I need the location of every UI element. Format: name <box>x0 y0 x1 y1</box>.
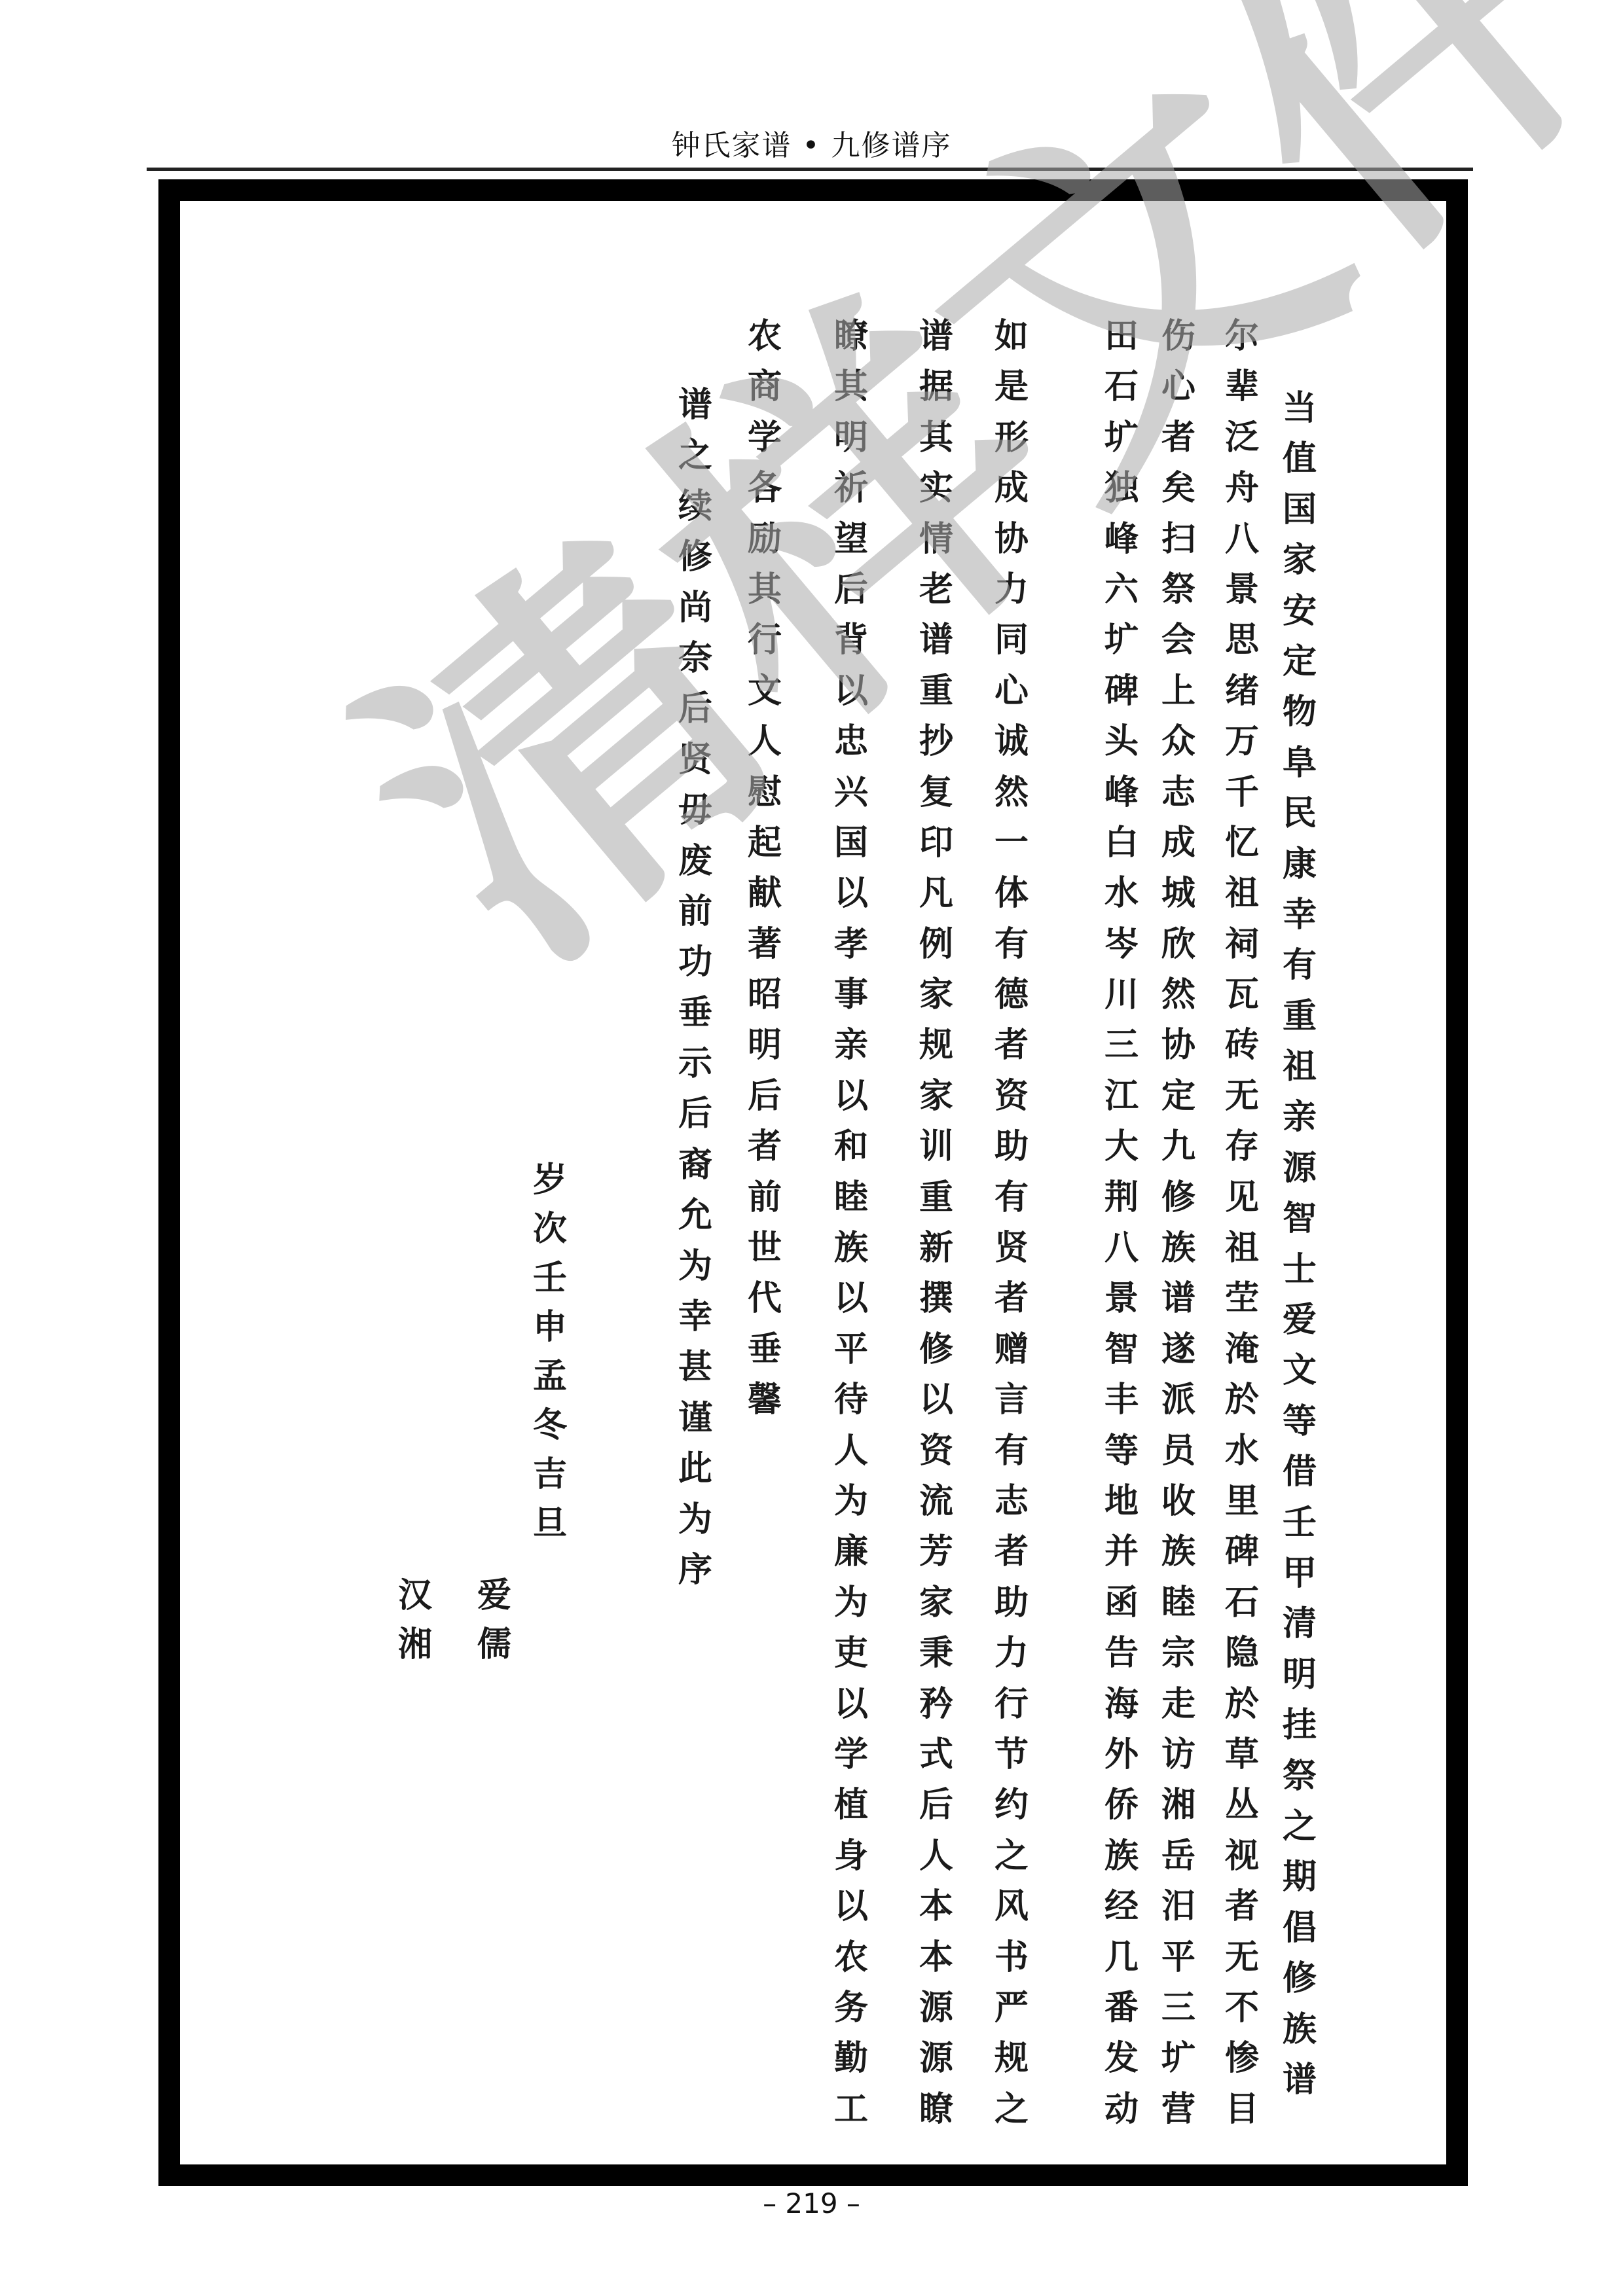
text-column-glyph: 函 <box>1102 1577 1141 1628</box>
text-column-glyph: 者 <box>1159 412 1198 463</box>
text-column-glyph: 文 <box>1280 1345 1319 1395</box>
text-column-glyph: 景 <box>1102 1273 1141 1323</box>
text-column-glyph: 地 <box>1102 1476 1141 1526</box>
text-column-glyph: 定 <box>1280 636 1319 687</box>
text-column-glyph: 舟 <box>1222 463 1262 513</box>
text-column-glyph: 垂 <box>676 988 715 1038</box>
text-column-glyph: 有 <box>1280 940 1319 990</box>
text-column-glyph: 续 <box>676 481 715 531</box>
text-column-glyph: 心 <box>992 666 1031 716</box>
text-column-glyph: 之 <box>992 1831 1031 1881</box>
text-column-glyph: 幸 <box>676 1291 715 1342</box>
text-column-6: 谱据其实情老谱重抄复印凡例家规家训重新撰修以资流芳家秉矜式后人本本源源瞭 <box>917 311 956 2134</box>
text-column-glyph: 资 <box>917 1426 956 1476</box>
text-column-glyph: 安 <box>1280 586 1319 636</box>
text-column-glyph: 尚 <box>676 583 715 633</box>
dateline-glyph: 次 <box>530 1204 570 1253</box>
text-column-glyph: 有 <box>992 1426 1031 1476</box>
text-column-glyph: 以 <box>831 666 871 716</box>
text-column-glyph: 人 <box>745 716 784 766</box>
text-column-glyph: 族 <box>1102 1831 1141 1881</box>
text-column-glyph: 望 <box>831 514 871 564</box>
text-column-glyph: 据 <box>917 361 956 412</box>
text-column-glyph: 会 <box>1159 615 1198 665</box>
text-column-glyph: 八 <box>1222 514 1262 564</box>
text-column-glyph: 祈 <box>831 463 871 513</box>
dateline-glyph: 旦 <box>530 1499 570 1548</box>
text-column-glyph: 谱 <box>1159 1273 1198 1323</box>
text-column-glyph: 形 <box>992 412 1031 463</box>
text-column-glyph: 重 <box>917 666 956 716</box>
text-column-glyph: 谱 <box>1280 2054 1319 2105</box>
text-column-glyph: 老 <box>917 564 956 615</box>
text-column-glyph: 此 <box>676 1443 715 1494</box>
text-column-glyph: 其 <box>917 412 956 463</box>
text-column-glyph: 动 <box>1102 2084 1141 2134</box>
text-column-glyph: 丰 <box>1102 1374 1141 1425</box>
text-column-glyph: 后 <box>676 1088 715 1139</box>
text-column-glyph: 等 <box>1102 1426 1141 1476</box>
text-column-glyph: 祖 <box>1280 1041 1319 1092</box>
text-column-glyph: 岑 <box>1102 919 1141 969</box>
text-column-glyph: 欣 <box>1159 919 1198 969</box>
text-column-glyph: 海 <box>1102 1679 1141 1729</box>
page-number: – 219 – <box>0 2187 1623 2219</box>
text-column-glyph: 情 <box>917 514 956 564</box>
text-column-glyph: 以 <box>831 1679 871 1729</box>
text-column-glyph: 存 <box>1222 1121 1262 1172</box>
text-column-glyph: 士 <box>1280 1244 1319 1295</box>
text-column-glyph: 有 <box>992 1172 1031 1223</box>
text-column-glyph: 者 <box>1222 1881 1262 1931</box>
text-column-glyph: 扫 <box>1159 514 1198 564</box>
text-column-glyph: 为 <box>676 1494 715 1545</box>
text-column-glyph: 收 <box>1159 1476 1198 1526</box>
text-column-glyph: 著 <box>745 919 784 969</box>
text-column-glyph: 印 <box>917 817 956 868</box>
text-column-glyph: 志 <box>1159 767 1198 817</box>
text-column-1: 当值国家安定物阜民康幸有重祖亲源智士爱文等借壬甲清明挂祭之期倡修族谱 <box>1280 383 1319 2105</box>
text-column-glyph: 无 <box>1222 1932 1262 1982</box>
text-column-9: 谱之续修尚奈后贤毋废前功垂示后裔允为幸甚谨此为序 <box>676 380 715 1595</box>
text-column-glyph: 然 <box>1159 969 1198 1020</box>
text-column-glyph: 访 <box>1159 1729 1198 1780</box>
text-column-glyph: 甚 <box>676 1342 715 1392</box>
text-column-glyph: 起 <box>745 817 784 868</box>
text-column-glyph: 亲 <box>1280 1092 1319 1142</box>
text-column-glyph: 背 <box>831 615 871 665</box>
text-column-glyph: 助 <box>992 1121 1031 1172</box>
text-column-glyph: 忆 <box>1222 817 1262 868</box>
text-column-glyph: 慰 <box>745 767 784 817</box>
text-column-glyph: 族 <box>1280 2004 1319 2054</box>
text-column-glyph: 同 <box>992 615 1031 665</box>
text-column-glyph: 成 <box>1159 817 1198 868</box>
text-column-glyph: 砖 <box>1222 1020 1262 1070</box>
text-column-glyph: 协 <box>1159 1020 1198 1070</box>
text-column-glyph: 丛 <box>1222 1780 1262 1830</box>
text-column-glyph: 家 <box>1280 535 1319 585</box>
text-column-glyph: 无 <box>1222 1071 1262 1121</box>
text-column-glyph: 祠 <box>1222 919 1262 969</box>
text-column-glyph: 力 <box>992 1628 1031 1678</box>
text-column-glyph: 励 <box>745 514 784 564</box>
dateline-glyph: 吉 <box>530 1450 570 1499</box>
text-column-glyph: 国 <box>1280 484 1319 535</box>
text-column-glyph: 垂 <box>745 1324 784 1374</box>
text-column-glyph: 民 <box>1280 788 1319 838</box>
text-column-glyph: 峰 <box>1102 514 1141 564</box>
text-column-glyph: 国 <box>831 817 871 868</box>
dateline-glyph: 申 <box>530 1302 570 1352</box>
text-column-glyph: 宗 <box>1159 1628 1198 1678</box>
text-column-glyph: 源 <box>917 1982 956 2033</box>
text-column-glyph: 瞭 <box>917 2084 956 2134</box>
text-column-glyph: 规 <box>992 2033 1031 2083</box>
text-column-glyph: 於 <box>1222 1374 1262 1425</box>
text-column-glyph: 阜 <box>1280 738 1319 788</box>
text-column-glyph: 祖 <box>1222 1223 1262 1273</box>
dateline-glyph: 孟 <box>530 1352 570 1401</box>
text-column-glyph: 城 <box>1159 868 1198 918</box>
text-column-glyph: 之 <box>676 430 715 480</box>
text-column-glyph: 修 <box>1159 1172 1198 1223</box>
text-column-glyph: 毋 <box>676 785 715 835</box>
text-column-glyph: 本 <box>917 1881 956 1931</box>
text-column-glyph: 倡 <box>1280 1903 1319 1953</box>
text-column-glyph: 秉 <box>917 1628 956 1678</box>
text-column-glyph: 番 <box>1102 1982 1141 2033</box>
text-column-glyph: 实 <box>917 463 956 513</box>
text-column-glyph: 矜 <box>917 1679 956 1729</box>
text-column-glyph: 后 <box>831 564 871 615</box>
text-column-glyph: 为 <box>831 1577 871 1628</box>
text-column-glyph: 有 <box>992 919 1031 969</box>
text-column-glyph: 幸 <box>1280 889 1319 940</box>
text-column-glyph: 修 <box>676 531 715 582</box>
text-column-glyph: 清 <box>1280 1598 1319 1649</box>
text-column-glyph: 文 <box>745 666 784 716</box>
text-column-glyph: 德 <box>992 969 1031 1020</box>
text-column-glyph: 智 <box>1280 1193 1319 1244</box>
text-column-glyph: 八 <box>1102 1223 1141 1273</box>
text-column-glyph: 明 <box>1280 1649 1319 1700</box>
text-column-7: 瞭其明祈望后背以忠兴国以孝事亲以和睦族以平待人为廉为吏以学植身以农务勤工 <box>831 311 871 2134</box>
text-column-glyph: 后 <box>745 1071 784 1121</box>
text-column-glyph: 是 <box>992 361 1031 412</box>
text-column-glyph: 谱 <box>917 615 956 665</box>
text-column-glyph: 行 <box>745 615 784 665</box>
text-column-glyph: 以 <box>831 1881 871 1931</box>
text-column-glyph: 白 <box>1102 817 1141 868</box>
text-column-glyph: 流 <box>917 1476 956 1526</box>
signature-glyph: 汉 <box>395 1571 435 1620</box>
text-column-glyph: 智 <box>1102 1324 1141 1374</box>
text-column-glyph: 遂 <box>1159 1324 1198 1374</box>
text-column-glyph: 祭 <box>1159 564 1198 615</box>
text-column-glyph: 族 <box>1159 1223 1198 1273</box>
text-column-glyph: 独 <box>1102 463 1141 513</box>
signature-right: 爱儒 <box>475 1571 514 1669</box>
text-column-glyph: 吏 <box>831 1628 871 1678</box>
text-column-glyph: 其 <box>745 564 784 615</box>
text-column-glyph: 农 <box>745 311 784 361</box>
text-column-glyph: 绪 <box>1222 666 1262 716</box>
text-column-3: 伤心者矣扫祭会上众志成城欣然协定九修族谱遂派员收族睦宗走访湘岳汨平三圹营 <box>1159 311 1198 2134</box>
text-column-glyph: 之 <box>992 2084 1031 2134</box>
text-column-glyph: 家 <box>917 969 956 1020</box>
text-column-glyph: 明 <box>745 1020 784 1070</box>
text-column-glyph: 草 <box>1222 1729 1262 1780</box>
text-column-glyph: 允 <box>676 1190 715 1240</box>
text-column-glyph: 於 <box>1222 1679 1262 1729</box>
dateline-glyph: 壬 <box>530 1253 570 1302</box>
text-column-glyph: 圹 <box>1102 615 1141 665</box>
text-column-glyph: 昭 <box>745 969 784 1020</box>
text-column-glyph: 几 <box>1102 1932 1141 1982</box>
text-column-glyph: 万 <box>1222 716 1262 766</box>
text-column-glyph: 训 <box>917 1121 956 1172</box>
text-column-glyph: 重 <box>1280 991 1319 1041</box>
text-column-glyph: 言 <box>992 1374 1031 1425</box>
text-column-glyph: 前 <box>745 1172 784 1223</box>
text-column-glyph: 献 <box>745 868 784 918</box>
text-column-glyph: 谨 <box>676 1393 715 1443</box>
text-column-glyph: 以 <box>831 868 871 918</box>
text-column-glyph: 景 <box>1222 564 1262 615</box>
text-column-glyph: 为 <box>676 1241 715 1291</box>
text-column-glyph: 然 <box>992 767 1031 817</box>
text-column-glyph: 大 <box>1102 1121 1141 1172</box>
text-column-glyph: 者 <box>992 1526 1031 1577</box>
text-column-glyph: 者 <box>745 1121 784 1172</box>
text-column-glyph: 汨 <box>1159 1881 1198 1931</box>
text-column-glyph: 壬 <box>1280 1498 1319 1548</box>
text-column-glyph: 身 <box>831 1831 871 1881</box>
text-column-glyph: 三 <box>1102 1020 1141 1070</box>
text-column-glyph: 睦 <box>1159 1577 1198 1628</box>
dateline-glyph: 岁 <box>530 1155 570 1204</box>
text-column-glyph: 亲 <box>831 1020 871 1070</box>
text-column-glyph: 勤 <box>831 2033 871 2083</box>
text-column-glyph: 风 <box>992 1881 1031 1931</box>
text-column-glyph: 上 <box>1159 666 1198 716</box>
text-column-glyph: 兴 <box>831 767 871 817</box>
signature-left: 汉湘 <box>395 1571 435 1669</box>
text-column-glyph: 见 <box>1222 1172 1262 1223</box>
text-column-glyph: 人 <box>831 1426 871 1476</box>
text-column-5: 如是形成协力同心诚然一体有德者资助有贤者赠言有志者助力行节约之风书严规之 <box>992 311 1031 2134</box>
text-column-glyph: 家 <box>917 1577 956 1628</box>
text-column-glyph: 不 <box>1222 1982 1262 2033</box>
text-column-glyph: 家 <box>917 1071 956 1121</box>
text-column-glyph: 等 <box>1280 1396 1319 1446</box>
text-column-glyph: 睦 <box>831 1172 871 1223</box>
text-column-glyph: 挂 <box>1280 1700 1319 1750</box>
text-column-glyph: 赠 <box>992 1324 1031 1374</box>
text-column-glyph: 千 <box>1222 767 1262 817</box>
text-column-glyph: 撰 <box>917 1273 956 1323</box>
text-column-glyph: 以 <box>831 1071 871 1121</box>
text-column-glyph: 待 <box>831 1374 871 1425</box>
text-column-2: 尔辈泛舟八景思绪万千忆祖祠瓦砖无存见祖茔淹於水里碑石隐於草丛视者无不惨目 <box>1222 311 1262 2134</box>
text-column-glyph: 为 <box>831 1476 871 1526</box>
text-column-glyph: 平 <box>831 1324 871 1374</box>
text-column-glyph: 谱 <box>676 380 715 430</box>
text-column-glyph: 忠 <box>831 716 871 766</box>
text-column-glyph: 借 <box>1280 1446 1319 1497</box>
text-column-glyph: 九 <box>1159 1121 1198 1172</box>
text-column-glyph: 荆 <box>1102 1172 1141 1223</box>
text-column-glyph: 如 <box>992 311 1031 361</box>
text-column-glyph: 圹 <box>1159 2033 1198 2083</box>
text-column-glyph: 族 <box>1159 1526 1198 1577</box>
text-column-glyph: 侨 <box>1102 1780 1141 1830</box>
text-column-glyph: 协 <box>992 514 1031 564</box>
text-column-glyph: 抄 <box>917 716 956 766</box>
text-column-glyph: 茔 <box>1222 1273 1262 1323</box>
text-column-glyph: 泛 <box>1222 412 1262 463</box>
text-column-4: 田石圹独峰六圹碑头峰白水岑川三江大荆八景智丰等地并函告海外侨族经几番发动 <box>1102 311 1141 2134</box>
text-column-glyph: 发 <box>1102 2033 1141 2083</box>
text-column-glyph: 贤 <box>676 734 715 785</box>
dateline: 岁次壬申孟冬吉旦 <box>530 1155 570 1548</box>
text-column-glyph: 示 <box>676 1038 715 1088</box>
text-column-glyph: 以 <box>917 1374 956 1425</box>
text-column-glyph: 其 <box>831 361 871 412</box>
text-column-glyph: 修 <box>1280 1953 1319 2003</box>
text-column-glyph: 目 <box>1222 2084 1262 2134</box>
text-column-glyph: 平 <box>1159 1932 1198 1982</box>
text-column-glyph: 务 <box>831 1982 871 2033</box>
text-column-glyph: 者 <box>992 1020 1031 1070</box>
text-column-glyph: 代 <box>745 1273 784 1323</box>
signature-glyph: 爱 <box>475 1571 514 1620</box>
text-column-glyph: 明 <box>831 412 871 463</box>
text-column-glyph: 贤 <box>992 1223 1031 1273</box>
text-column-glyph: 助 <box>992 1577 1031 1628</box>
text-column-glyph: 学 <box>745 412 784 463</box>
text-column-glyph: 式 <box>917 1729 956 1780</box>
text-column-glyph: 矣 <box>1159 463 1198 513</box>
text-column-glyph: 心 <box>1159 361 1198 412</box>
text-column-glyph: 功 <box>676 937 715 987</box>
text-column-glyph: 序 <box>676 1545 715 1595</box>
text-column-glyph: 后 <box>676 683 715 734</box>
text-column-glyph: 瓦 <box>1222 969 1262 1020</box>
text-column-glyph: 书 <box>992 1932 1031 1982</box>
header-rule <box>147 168 1473 171</box>
text-column-glyph: 淹 <box>1222 1324 1262 1374</box>
text-column-glyph: 众 <box>1159 716 1198 766</box>
text-column-glyph: 世 <box>745 1223 784 1273</box>
text-column-glyph: 甲 <box>1280 1548 1319 1598</box>
text-column-glyph: 农 <box>831 1932 871 1982</box>
text-column-glyph: 节 <box>992 1729 1031 1780</box>
text-column-glyph: 各 <box>745 463 784 513</box>
text-column-glyph: 源 <box>917 2033 956 2083</box>
header-title: 钟氏家谱 • 九修谱序 <box>0 128 1623 164</box>
text-column-glyph: 思 <box>1222 615 1262 665</box>
dateline-glyph: 冬 <box>530 1401 570 1450</box>
text-column-glyph: 祭 <box>1280 1751 1319 1801</box>
text-column-glyph: 约 <box>992 1780 1031 1830</box>
text-column-glyph: 员 <box>1159 1426 1198 1476</box>
text-column-glyph: 水 <box>1102 868 1141 918</box>
text-column-glyph: 成 <box>992 463 1031 513</box>
text-column-glyph: 工 <box>831 2084 871 2134</box>
text-column-glyph: 石 <box>1222 1577 1262 1628</box>
text-column-glyph: 奈 <box>676 633 715 683</box>
text-column-glyph: 隐 <box>1222 1628 1262 1678</box>
text-column-glyph: 一 <box>992 817 1031 868</box>
text-column-glyph: 商 <box>745 361 784 412</box>
text-column-glyph: 当 <box>1280 383 1319 433</box>
text-column-glyph: 事 <box>831 969 871 1020</box>
text-column-glyph: 资 <box>992 1071 1031 1121</box>
text-column-glyph: 孝 <box>831 919 871 969</box>
text-column-glyph: 之 <box>1280 1801 1319 1852</box>
text-column-glyph: 志 <box>992 1476 1031 1526</box>
text-column-glyph: 芳 <box>917 1526 956 1577</box>
text-column-glyph: 视 <box>1222 1831 1262 1881</box>
text-column-glyph: 里 <box>1222 1476 1262 1526</box>
text-column-glyph: 江 <box>1102 1071 1141 1121</box>
text-column-glyph: 族 <box>831 1223 871 1273</box>
text-column-glyph: 峰 <box>1102 767 1141 817</box>
text-column-glyph: 者 <box>992 1273 1031 1323</box>
text-column-glyph: 田 <box>1102 311 1141 361</box>
text-column-glyph: 严 <box>992 1982 1031 2033</box>
text-column-glyph: 和 <box>831 1121 871 1172</box>
text-column-glyph: 期 <box>1280 1852 1319 1902</box>
text-column-glyph: 规 <box>917 1020 956 1070</box>
text-column-glyph: 碑 <box>1102 666 1141 716</box>
text-column-glyph: 惨 <box>1222 2033 1262 2083</box>
text-column-glyph: 体 <box>992 868 1031 918</box>
text-column-glyph: 廉 <box>831 1526 871 1577</box>
text-column-glyph: 告 <box>1102 1628 1141 1678</box>
text-column-glyph: 本 <box>917 1932 956 1982</box>
text-column-glyph: 废 <box>676 836 715 886</box>
text-column-glyph: 力 <box>992 564 1031 615</box>
text-column-glyph: 岳 <box>1159 1831 1198 1881</box>
text-column-glyph: 六 <box>1102 564 1141 615</box>
text-column-glyph: 瞭 <box>831 311 871 361</box>
text-column-glyph: 定 <box>1159 1071 1198 1121</box>
signature-glyph: 湘 <box>395 1620 435 1669</box>
text-column-8: 农商学各励其行文人慰起献著昭明后者前世代垂馨 <box>745 311 784 1426</box>
text-column-glyph: 爱 <box>1280 1295 1319 1345</box>
text-column-glyph: 外 <box>1102 1729 1141 1780</box>
text-column-glyph: 并 <box>1102 1526 1141 1577</box>
text-column-glyph: 派 <box>1159 1374 1198 1425</box>
text-column-glyph: 营 <box>1159 2084 1198 2134</box>
text-column-glyph: 值 <box>1280 433 1319 484</box>
text-column-glyph: 复 <box>917 767 956 817</box>
text-column-glyph: 圹 <box>1102 412 1141 463</box>
text-column-glyph: 石 <box>1102 361 1141 412</box>
text-column-glyph: 例 <box>917 919 956 969</box>
text-column-glyph: 碑 <box>1222 1526 1262 1577</box>
signature-glyph: 儒 <box>475 1620 514 1669</box>
text-column-glyph: 人 <box>917 1831 956 1881</box>
text-column-glyph: 前 <box>676 886 715 937</box>
text-column-glyph: 凡 <box>917 868 956 918</box>
text-column-glyph: 三 <box>1159 1982 1198 2033</box>
text-column-glyph: 尔 <box>1222 311 1262 361</box>
text-column-glyph: 物 <box>1280 687 1319 737</box>
